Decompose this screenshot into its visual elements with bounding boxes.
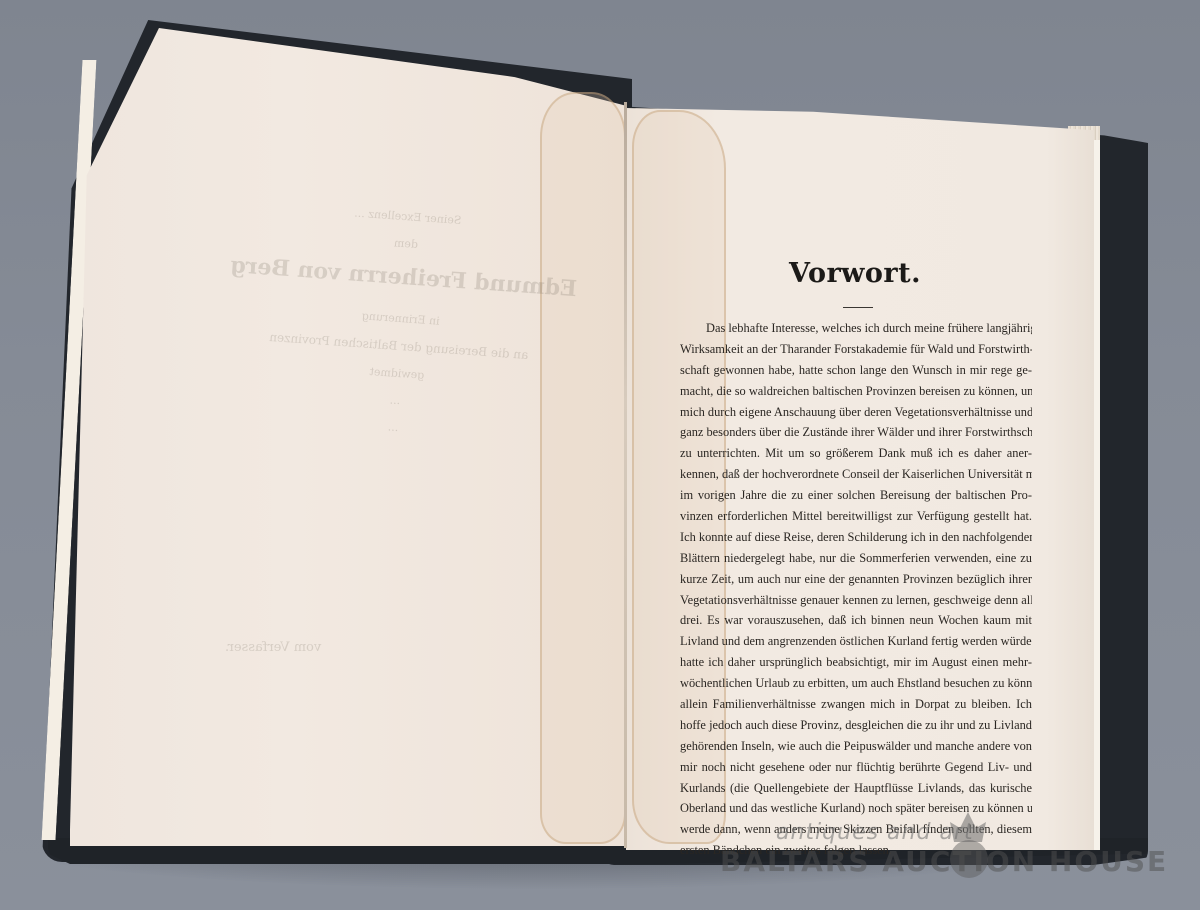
text-line: hoffe jedoch auch diese Provinz, desglei… (680, 715, 1032, 736)
watermark-brand: BALTARS AUCTION HOUSE (720, 845, 1168, 878)
text-line: im vorigen Jahre die zu einer solchen Be… (680, 485, 1032, 506)
text-line: ganz besonders über die Zustände ihrer W… (680, 422, 1032, 443)
left-page-bleed-signature: vom Verfasser. (225, 640, 321, 655)
text-line: macht, die so waldreichen baltischen Pro… (680, 381, 1032, 402)
title-divider (843, 307, 873, 308)
text-line: mich durch eigene Anschauung über deren … (680, 402, 1032, 423)
watermark-tagline: antiques and art (776, 820, 974, 845)
text-line: Vegetationsverhältnisse genauer kennen z… (680, 590, 1032, 611)
text-line: vinzen erforderlichen Mittel bereitwilli… (680, 506, 1032, 527)
text-line: Ich konnte auf diese Reise, deren Schild… (680, 527, 1032, 548)
water-stain-left (540, 92, 626, 844)
text-line: wöchentlichen Urlaub zu erbitten, um auc… (680, 673, 1032, 694)
text-line: zu unterrichten. Mit um so größerem Dank… (680, 443, 1032, 464)
preface-text: Das lebhafte Interesse, welches ich durc… (680, 318, 1032, 861)
text-line: kurze Zeit, um auch nur eine der genannt… (680, 569, 1032, 590)
book-gutter (624, 102, 627, 848)
text-line: schaft gewonnen habe, hatte schon lange … (680, 360, 1032, 381)
text-line: mir noch nicht gesehene oder nur flüchti… (680, 757, 1032, 778)
crown-icon (948, 812, 988, 842)
page-title: Vorwort. (700, 258, 1010, 289)
text-line: hatte ich daher ursprünglich beabsichtig… (680, 652, 1032, 673)
text-line: gehörenden Inseln, wie auch die Peipuswä… (680, 736, 1032, 757)
text-line: Kurlands (die Quellengebiete der Hauptfl… (680, 778, 1032, 799)
left-page-bleed-through: Seiner Excellenz ... dem Edmund Freiherr… (192, 196, 608, 461)
text-line: Das lebhafte Interesse, welches ich durc… (680, 318, 1032, 339)
text-line: allein Familienverhältnisse zwangen mich… (680, 694, 1032, 715)
text-line: kennen, daß der hochverordnete Conseil d… (680, 464, 1032, 485)
text-line: Livland und dem angrenzenden östlichen K… (680, 631, 1032, 652)
text-line: drei. Es war vorauszusehen, daß ich binn… (680, 610, 1032, 631)
text-line: Blättern niedergelegt habe, nur die Somm… (680, 548, 1032, 569)
text-line: Wirksamkeit an der Tharander Forstakadem… (680, 339, 1032, 360)
right-page-stack-edge (1094, 140, 1100, 850)
